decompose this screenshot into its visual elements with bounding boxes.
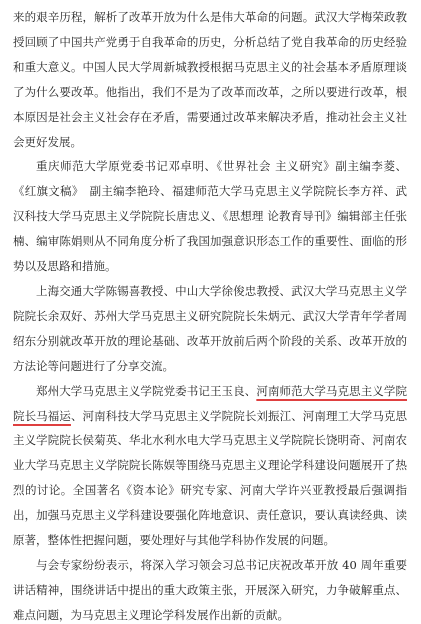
paragraph-3: 上海交通大学陈锡喜教授、中山大学徐俊忠教授、武汉大学马克思主义学院院长余双好、苏… — [13, 279, 407, 379]
paragraph-5: 与会专家纷纷表示，将深入学习领会习总书记庆祝改革开放 40 周年重要讲话精神，围… — [13, 553, 407, 624]
paragraph-4: 郑州大学马克思主义学院党委书记王玉良、河南师范大学马克思主义学院院长马福运、河南… — [13, 379, 407, 553]
paragraph-4-text-after: 、河南科技大学马克思主义学院院长刘振江、河南理工大学马克思主义学院院长侯菊英、华… — [13, 409, 407, 548]
paragraph-1: 来的艰辛历程，解析了改革开放为什么是伟大革命的问题。武汉大学梅荣政教授回顾了中国… — [13, 5, 407, 154]
paragraph-4-text-before: 郑州大学马克思主义学院党委书记王玉良、 — [36, 384, 256, 398]
document-page: 来的艰辛历程，解析了改革开放为什么是伟大革命的问题。武汉大学梅荣政教授回顾了中国… — [0, 0, 421, 624]
paragraph-2: 重庆师范大学原党委书记邓卓明、《世界社会 主义研究》副主编李菱、《红旗文稿》 副… — [13, 154, 407, 279]
